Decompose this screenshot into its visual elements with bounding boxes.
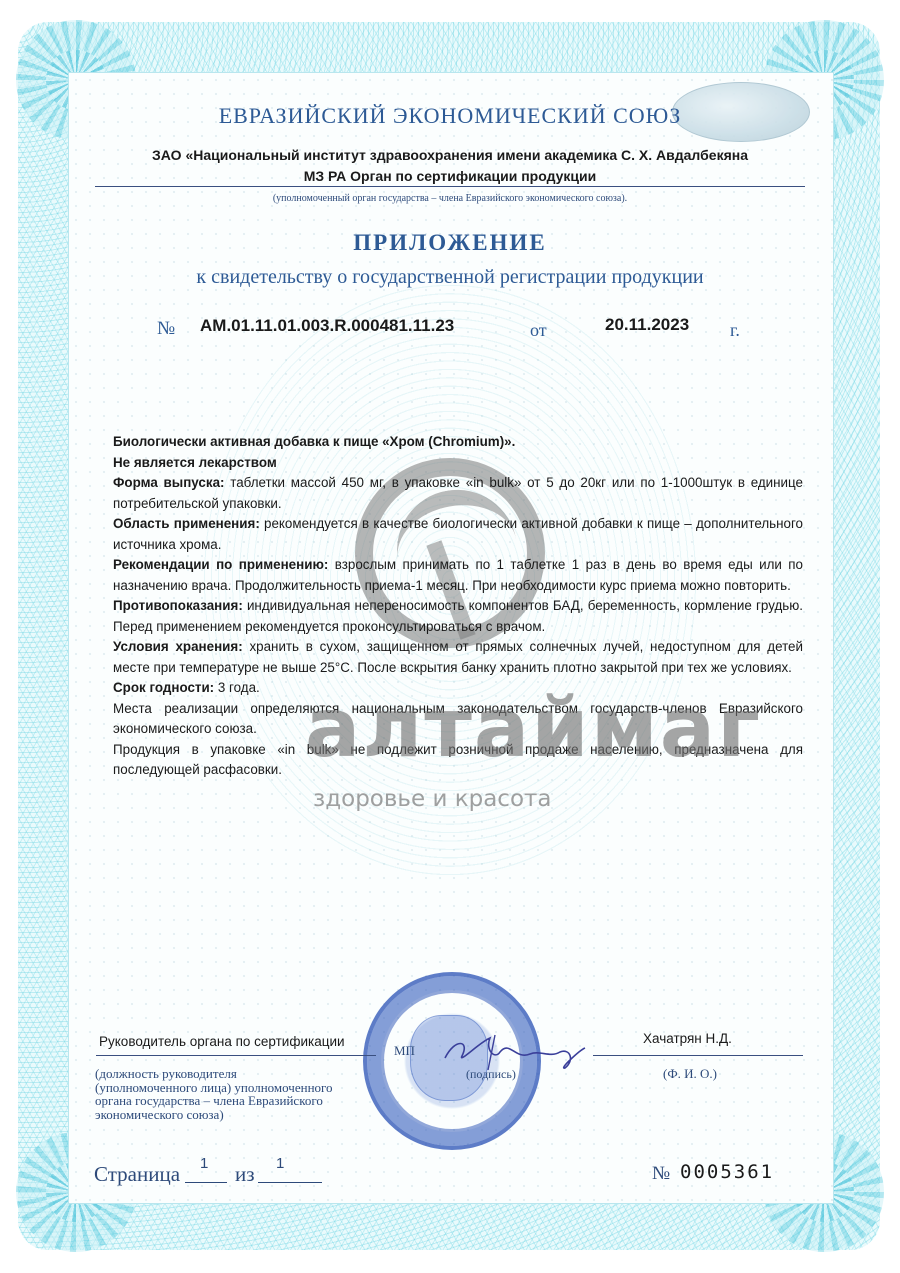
year-suffix: г.: [730, 320, 740, 341]
product-title: Биологически активная добавка к пище «Хр…: [113, 434, 515, 449]
section-usage-recommendations: Рекомендации по применению: взрослым при…: [113, 555, 803, 596]
organization-name-line1: ЗАО «Национальный институт здравоохранен…: [0, 147, 900, 163]
brand-watermark-text: алтаймаг: [305, 688, 762, 770]
header-divider: [95, 186, 805, 187]
page-label: Страница: [94, 1162, 180, 1187]
role-caption: (должность руководителя (уполномоченного…: [95, 1067, 385, 1121]
organization-caption: (уполномоченный орган государства – член…: [0, 193, 900, 204]
page-total: 1: [276, 1155, 284, 1172]
document-title: ПРИЛОЖЕНИЕ: [0, 230, 900, 256]
section-application-area: Область применения: рекомендуется в каче…: [113, 514, 803, 555]
document-subtitle: к свидетельству о государственной регист…: [0, 266, 900, 289]
name-caption: (Ф. И. О.): [663, 1066, 717, 1082]
page-current: 1: [200, 1155, 208, 1172]
organization-name-line2: МЗ РА Орган по сертификации продукции: [0, 168, 900, 184]
stamp-place-label: МП: [394, 1043, 415, 1059]
registration-date: 20.11.2023: [605, 315, 689, 335]
section-contraindications: Противопоказания: индивидуальная неперен…: [113, 596, 803, 637]
union-name: ЕВРАЗИЙСКИЙ ЭКОНОМИЧЕСКИЙ СОЮЗ: [0, 103, 900, 129]
not-drug-note: Не является лекарством: [113, 455, 277, 470]
serial-number: 0005361: [680, 1161, 774, 1183]
registration-number: AM.01.11.01.003.R.000481.11.23: [200, 316, 454, 336]
page-current-underline: [185, 1182, 227, 1183]
serial-number-sign: №: [652, 1163, 670, 1185]
section-release-form: Форма выпуска: таблетки массой 450 мг, в…: [113, 473, 803, 514]
of-label: из: [235, 1162, 255, 1187]
name-underline: [593, 1055, 803, 1056]
brand-watermark-tagline: здоровье и красота: [313, 786, 552, 812]
signature-caption: (подпись): [466, 1067, 516, 1082]
section-storage-conditions: Условия хранения: хранить в сухом, защищ…: [113, 637, 803, 678]
role-underline: [96, 1055, 376, 1056]
signer-name: Хачатрян Н.Д.: [643, 1031, 732, 1046]
page-total-underline: [258, 1182, 322, 1183]
signatory-role: Руководитель органа по сертификации: [99, 1034, 345, 1049]
from-label: от: [530, 320, 547, 341]
number-sign: №: [157, 318, 175, 340]
